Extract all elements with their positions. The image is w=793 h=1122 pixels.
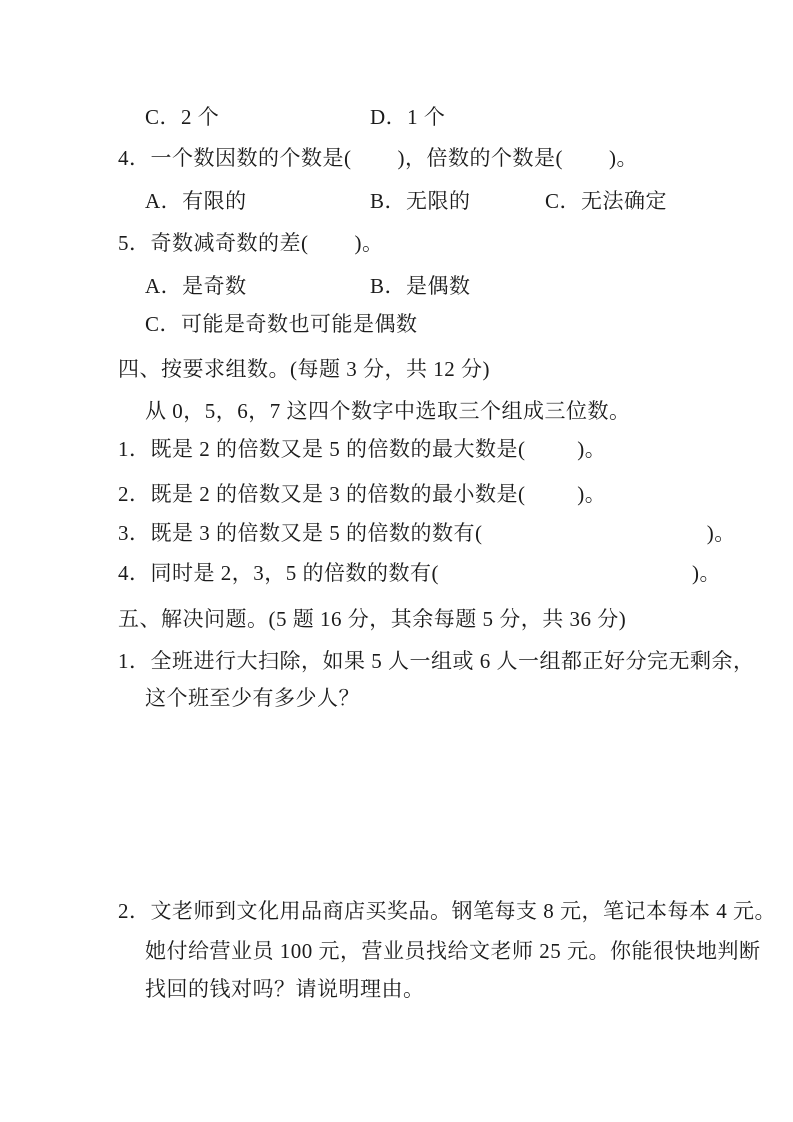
- section-five-q1-line-2: 这个班至少有多少人？: [145, 685, 360, 711]
- section-five-q2-line-1: 2．文老师到文化用品商店买奖品。钢笔每支 8 元，笔记本每本 4 元。: [118, 898, 776, 924]
- section-four-item-1: 1．既是 2 的倍数又是 5 的倍数的最大数是( )。: [118, 436, 606, 462]
- q4-option-b: B．无限的: [370, 188, 471, 214]
- q5-option-a: A．是奇数: [145, 273, 247, 299]
- q5-option-c: C．可能是奇数也可能是偶数: [145, 311, 418, 337]
- q3-option-c: C．2 个: [145, 104, 219, 130]
- q4-option-a: A．有限的: [145, 188, 247, 214]
- section-five-q2-line-2: 她付给营业员 100 元，营业员找给文老师 25 元。你能很快地判断: [145, 938, 761, 964]
- section-four-item-2: 2．既是 2 的倍数又是 3 的倍数的最小数是( )。: [118, 481, 606, 507]
- test-paper-page: C．2 个 D．1 个 4．一个数因数的个数是( )，倍数的个数是( )。 A．…: [0, 0, 793, 1122]
- section-four-item-4: 4．同时是 2，3，5 的倍数的数有( )。: [118, 560, 721, 586]
- section-four-intro: 从 0，5，6，7 这四个数字中选取三个组成三位数。: [145, 398, 631, 424]
- q5-stem: 5．奇数减奇数的差( )。: [118, 230, 384, 256]
- section-four-item-3: 3．既是 3 的倍数又是 5 的倍数的数有( )。: [118, 520, 736, 546]
- section-five-q2-line-3: 找回的钱对吗？请说明理由。: [145, 976, 425, 1002]
- section-five-q1-line-1: 1．全班进行大扫除，如果 5 人一组或 6 人一组都正好分完无剩余，: [118, 648, 755, 674]
- section-five-heading: 五、解决问题。(5 题 16 分，其余每题 5 分，共 36 分): [118, 606, 626, 632]
- section-four-heading: 四、按要求组数。(每题 3 分，共 12 分): [118, 356, 490, 382]
- q5-option-b: B．是偶数: [370, 273, 471, 299]
- q4-option-c: C．无法确定: [545, 188, 667, 214]
- q4-stem: 4．一个数因数的个数是( )，倍数的个数是( )。: [118, 145, 638, 171]
- q3-option-d: D．1 个: [370, 104, 445, 130]
